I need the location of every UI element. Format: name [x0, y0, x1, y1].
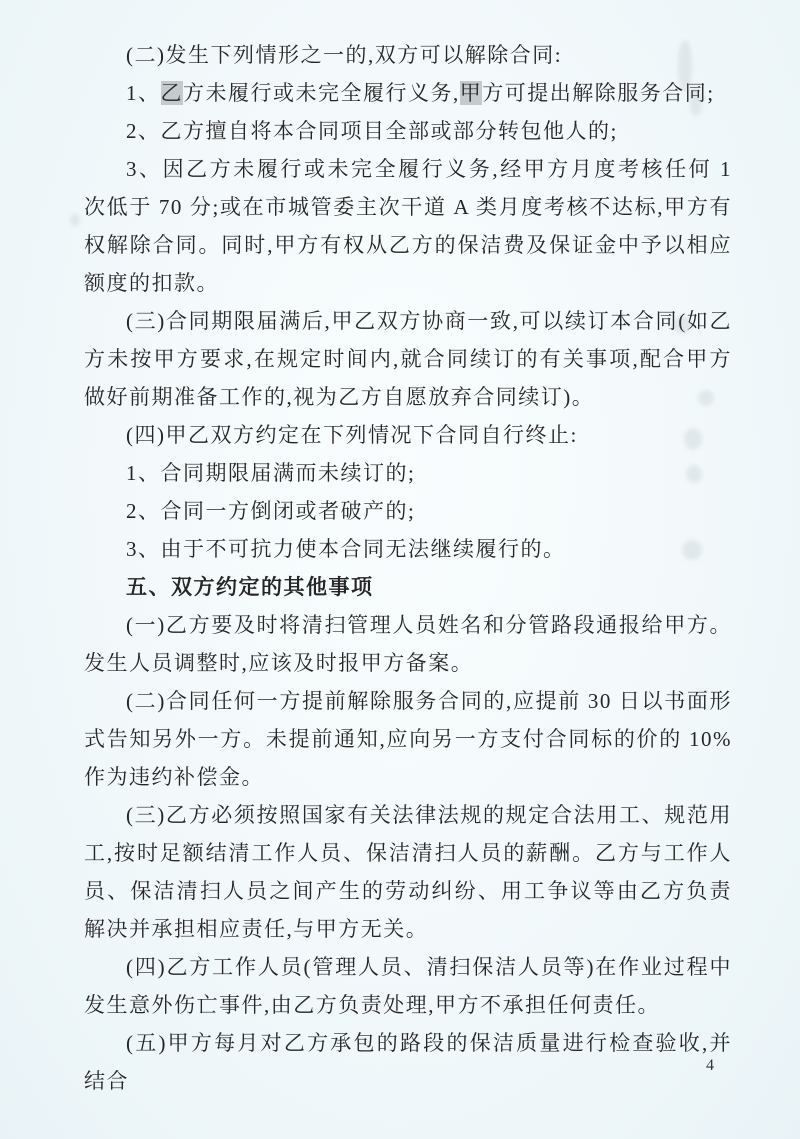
scan-bleedthrough-artifact: [698, 390, 714, 406]
clause-4-intro: (四)甲乙双方约定在下列情况下合同自行终止:: [84, 416, 732, 454]
clause-2-item-2: 2、乙方擅自将本合同项目全部或部分转包他人的;: [84, 112, 732, 150]
scan-bleedthrough-artifact: [678, 40, 692, 92]
article-5-clause-5: (五)甲方每月对乙方承包的路段的保洁质量进行检查验收,并结合: [84, 1024, 732, 1100]
article-5-clause-4: (四)乙方工作人员(管理人员、清扫保洁人员等)在作业过程中发生意外伤亡事件,由乙…: [84, 948, 732, 1024]
article-5-clause-3: (三)乙方必须按照国家有关法律法规的规定合法用工、规范用工,按时足额结清工作人员…: [84, 796, 732, 948]
scan-bleedthrough-artifact: [684, 428, 702, 450]
contract-body: (二)发生下列情形之一的,双方可以解除合同: 1、乙方未履行或未完全履行义务,甲…: [84, 36, 732, 1100]
article-5-clause-1: (一)乙方要及时将清扫管理人员姓名和分管路段通报给甲方。发生人员调整时,应该及时…: [84, 606, 732, 682]
scan-bleedthrough-artifact: [672, 316, 692, 334]
clause-2-intro: (二)发生下列情形之一的,双方可以解除合同:: [84, 36, 732, 74]
item-number: 1、: [126, 81, 161, 105]
clause-4-item-3: 3、由于不可抗力使本合同无法继续履行的。: [84, 530, 732, 568]
highlighted-party-a-char: 甲: [460, 81, 483, 105]
item-text-middle: 方未履行或未完全履行义务,: [183, 81, 460, 105]
scan-speck-artifact: [70, 214, 80, 226]
clause-4-item-2: 2、合同一方倒闭或者破产的;: [84, 492, 732, 530]
highlighted-party-b-char: 乙: [161, 81, 184, 105]
page-number: 4: [706, 1056, 714, 1076]
clause-4-item-1: 1、合同期限届满而未续订的;: [84, 454, 732, 492]
scan-bleedthrough-artifact: [690, 88, 702, 116]
scan-bleedthrough-artifact: [686, 465, 702, 483]
scan-bleedthrough-artifact: [682, 540, 702, 560]
clause-2-item-3: 3、因乙方未履行或未完全履行义务,经甲方月度考核任何 1 次低于 70 分;或在…: [84, 150, 732, 302]
article-5-heading: 五、双方约定的其他事项: [84, 568, 732, 606]
article-5-clause-2: (二)合同任何一方提前解除服务合同的,应提前 30 日以书面形式告知另外一方。未…: [84, 682, 732, 796]
clause-3: (三)合同期限届满后,甲乙双方协商一致,可以续订本合同(如乙方未按甲方要求,在规…: [84, 302, 732, 416]
scanned-contract-page: (二)发生下列情形之一的,双方可以解除合同: 1、乙方未履行或未完全履行义务,甲…: [0, 0, 800, 1139]
clause-2-item-1: 1、乙方未履行或未完全履行义务,甲方可提出解除服务合同;: [84, 74, 732, 112]
